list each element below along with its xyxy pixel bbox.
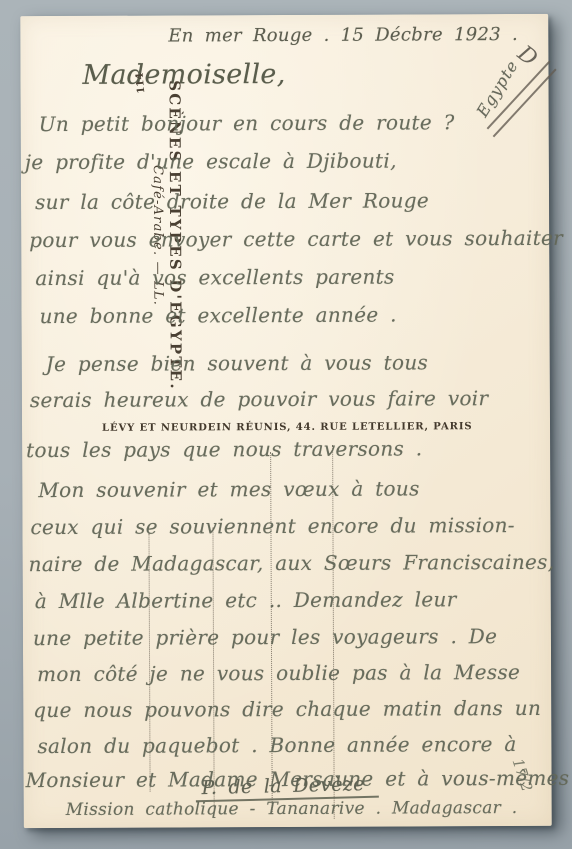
message-line: Un petit bonjour en cours de route ? [39, 110, 455, 136]
message-line: serais heureux de pouvoir vous faire voi… [30, 386, 489, 412]
message-line: mon côté je ne vous oublie pas à la Mess… [37, 660, 520, 686]
signature: P. de la Devèze [196, 775, 379, 801]
message-line: tous les pays que nous traversons . [26, 436, 422, 462]
message-line: salon du paquebot . Bonne année encore à [37, 732, 516, 758]
scanned-postcard-photo: En mer Rouge . 15 Décbre 1923 . Mademois… [0, 0, 572, 849]
sender-address: Mission catholique - Tananarive . Madaga… [66, 798, 518, 820]
message-line: ceux qui se souviennent encore du missio… [30, 513, 514, 539]
handwritten-date: En mer Rouge . 15 Décbre 1923 . [168, 24, 518, 47]
message-line: ainsi qu'à vos excellents parents [35, 265, 394, 291]
message-line: une petite prière pour les voyageurs . D… [33, 624, 497, 650]
message-line: je profite d'une escale à Djibouti, [25, 149, 397, 175]
message-line: sur la côte droite de la Mer Rouge [35, 188, 429, 214]
message-line: à Mlle Albertine etc .. Demandez leur [35, 587, 457, 613]
message-line: pour vous envoyer cette carte et vous so… [29, 226, 563, 252]
message-line: que nous pouvons dire chaque matin dans … [33, 696, 541, 722]
salutation: Mademoiselle, [82, 59, 285, 91]
message-line: naire de Madagascar, aux Sœurs Francisca… [29, 550, 555, 576]
publisher-imprint: LÉVY ET NEURDEIN RÉUNIS, 44. RUE LETELLI… [102, 421, 473, 434]
message-line: une bonne et excellente année . [39, 303, 396, 329]
message-line: Je pense bien souvent à vous tous [46, 350, 428, 376]
postcard-back: En mer Rouge . 15 Décbre 1923 . Mademois… [20, 14, 552, 828]
message-line: Mon souvenir et mes vœux à tous [38, 476, 419, 502]
